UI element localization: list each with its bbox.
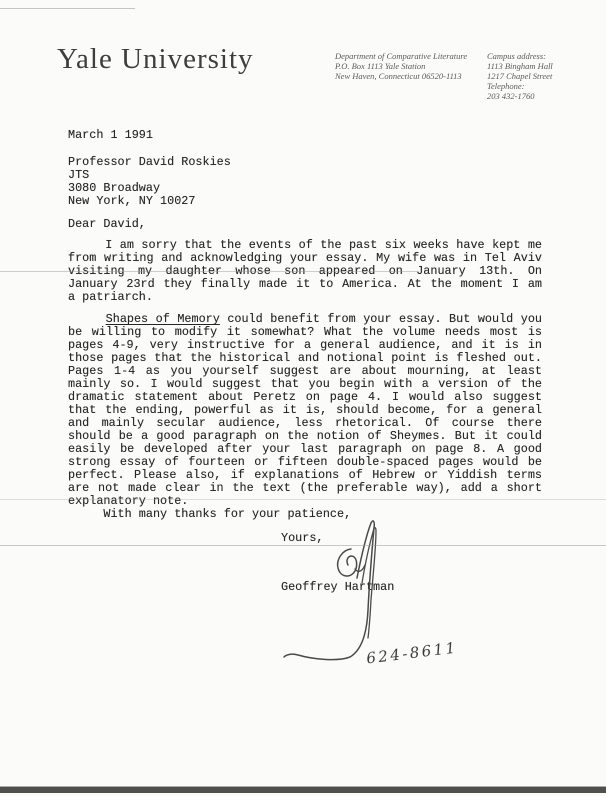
text-line: 203 432-1760 [487, 91, 597, 101]
text-run: explanatory note. [68, 494, 188, 508]
text-run: Department of Comparative Literature [335, 51, 467, 61]
handwritten-phone-number: 624-8611 [365, 638, 458, 667]
letterhead-department-address: Department of Comparative LiteratureP.O.… [335, 51, 485, 81]
paragraph-2: Shapes of Memory could benefit from your… [68, 313, 542, 508]
text-run: should be a good paragraph on the notion… [68, 429, 542, 443]
text-line: Campus address: [487, 51, 597, 61]
text-run: 3080 Broadway [68, 181, 160, 195]
letter-date: March 1 1991 [68, 129, 153, 142]
scan-artifact-line [0, 545, 606, 546]
text-run: a patriarch. [68, 290, 153, 304]
text-run: 1113 Bingham Hall [487, 61, 553, 71]
text-run: New York, NY 10027 [68, 194, 195, 208]
scan-bottom-edge [0, 787, 606, 793]
scan-artifact-line [0, 8, 135, 9]
text-run: could benefit from your essay. But would… [220, 312, 542, 326]
text-run: dramatic statement about Peretz on page … [68, 390, 542, 404]
text-line: Telephone: [487, 81, 597, 91]
text-run: strong essay of fourteen or fifteen doub… [68, 455, 542, 469]
text-run [68, 312, 106, 326]
text-run: P.O. Box 1113 Yale Station [335, 61, 425, 71]
text-line: 1217 Chapel Street [487, 71, 597, 81]
text-run: easily be developed after your last para… [68, 442, 542, 456]
underlined-phrase: Shapes of Memory [106, 312, 220, 326]
text-run: pages 4-9, very instructive for a genera… [68, 338, 542, 352]
text-line: P.O. Box 1113 Yale Station [335, 61, 485, 71]
text-run: January 23rd they finally made it to Ame… [68, 277, 542, 291]
text-run: I am sorry that the events of the past s… [68, 238, 542, 252]
text-run: JTS [68, 168, 89, 182]
text-run: Telephone: [487, 81, 524, 91]
text-run: Pages 1-4 as you yourself suggest are ab… [68, 364, 542, 378]
text-run: mainly so. I would suggest that you begi… [68, 377, 542, 391]
text-run: 203 432-1760 [487, 91, 534, 101]
closing-thanks: With many thanks for your patience, [68, 508, 351, 521]
signer-name: Geoffrey Hartman [281, 581, 394, 594]
text-run: that the ending, powerful as it is, shou… [68, 403, 542, 417]
closing-yours: Yours, [281, 532, 323, 545]
text-run: and mainly secular audience, less rhetor… [68, 416, 542, 430]
text-run: be willing to modify it somewhat? What t… [68, 325, 542, 339]
letter-page: Yale University Department of Comparativ… [0, 0, 606, 796]
text-line: New York, NY 10027 [68, 195, 542, 208]
text-run: Campus address: [487, 51, 546, 61]
letterhead-campus-address: Campus address:1113 Bingham Hall1217 Cha… [487, 51, 597, 101]
text-line: Professor David Roskies [68, 156, 542, 169]
text-run: 1217 Chapel Street [487, 71, 552, 81]
scan-artifact-line [0, 499, 606, 500]
recipient-address: Professor David RoskiesJTS3080 BroadwayN… [68, 156, 542, 208]
text-run: Professor David Roskies [68, 155, 231, 169]
text-run: are not made clear in the text (the pref… [68, 481, 542, 495]
text-line: New Haven, Connecticut 06520-1113 [335, 71, 485, 81]
text-run: those pages that the historical and noti… [68, 351, 542, 365]
text-run: New Haven, Connecticut 06520-1113 [335, 71, 462, 81]
text-line: 1113 Bingham Hall [487, 61, 597, 71]
yale-wordmark: Yale University [57, 43, 254, 76]
salutation: Dear David, [68, 218, 146, 231]
text-line: Department of Comparative Literature [335, 51, 485, 61]
text-run: perfect. Please also, if explanations of… [68, 468, 542, 482]
text-run: from writing and acknowledging your essa… [68, 251, 542, 265]
scan-artifact-line [0, 271, 418, 272]
text-line: a patriarch. [68, 291, 542, 304]
